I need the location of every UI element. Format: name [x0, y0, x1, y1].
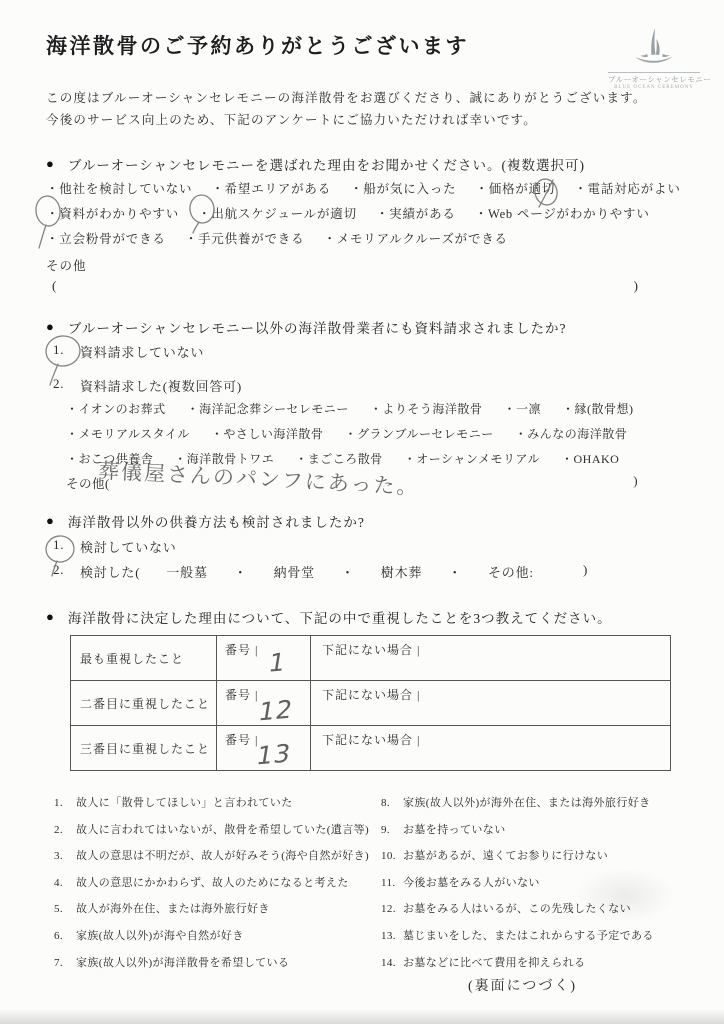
- q3-option-1-number: 1.: [53, 537, 80, 556]
- sailboat-logo-icon: [621, 54, 687, 71]
- table-row: 最も重視したこと 番号 | 1 下記にない場合 |: [71, 636, 670, 681]
- q2-option-1-number: 1.: [53, 342, 80, 361]
- q4-title: 海洋散骨に決定した理由について、下記の中で重視したことを3つ教えてください。: [68, 607, 612, 627]
- handwritten-priority-2: 12: [257, 697, 295, 725]
- not-listed-cell: 下記にない場合 |: [311, 681, 670, 725]
- reason-text: 家族(故人以外)が海や自然が好き: [76, 929, 244, 943]
- q1-option: ・メモリアルクルーズができる: [323, 229, 507, 247]
- row-label: 最も重視したこと: [71, 636, 217, 680]
- list-item: 5.故人が海外在住、または海外旅行好き: [54, 902, 369, 916]
- q3-close-paren: ): [583, 562, 587, 578]
- number-cell-label: 番号 |: [225, 733, 258, 747]
- list-item: 9.お墓を持っていない: [381, 823, 654, 837]
- list-item: 6.家族(故人以外)が海や自然が好き: [54, 929, 369, 943]
- company-option: ・まごころ散骨: [295, 450, 383, 467]
- q3-grave-option: 樹木葬: [381, 562, 422, 581]
- list-item: 10.お墓があるが、遠くてお参りに行けない: [381, 849, 654, 863]
- q1-options-row-2: ・資料がわかりやすい ・出航スケジュールが適切 ・実績がある ・Web ページが…: [46, 204, 669, 222]
- q1-title: ブルーオーシャンセレモニーを選ばれた理由をお聞かせください。(複数選択可): [68, 154, 585, 174]
- q2-companies-row-1: ・イオンのお葬式 ・海洋記念葬シーセレモニー ・よりそう海洋散骨 ・一凛 ・縁(…: [66, 400, 654, 417]
- q2-option-1-label: 資料請求していない: [80, 342, 204, 361]
- list-item: 3.故人の意思は不明だが、故人が好みそう(海や自然が好き): [54, 849, 369, 863]
- list-item: 14.お墓などに比べて費用を抑えられる: [381, 956, 654, 970]
- reasons-list-left: 1.故人に「散骨してほしい」と言われていた 2.故人に言われてはいないが、散骨を…: [54, 796, 369, 982]
- list-item: 8.家族(故人以外)が海外在住、または海外旅行好き: [381, 796, 654, 810]
- q2-option-1-circled: 1. 資料請求していない: [53, 342, 204, 361]
- reason-number: 7.: [54, 956, 76, 970]
- number-cell: 番号 | 13: [217, 726, 311, 770]
- q2-bullet-icon: ●: [46, 319, 55, 335]
- q1-option: ・Web ページがわかりやすい: [475, 204, 650, 222]
- company-option: ・よりそう海洋散骨: [370, 400, 483, 417]
- reason-number: 9.: [381, 823, 403, 837]
- reason-text: 家族(故人以外)が海洋散骨を希望している: [76, 956, 289, 970]
- handwritten-priority-1: 1: [267, 649, 288, 675]
- q3-title: 海洋散骨以外の供養方法も検討されましたか?: [68, 511, 365, 531]
- intro-line-1: この度はブルーオーシャンセレモニーの海洋散骨をお選びくださり、誠にありがとうござ…: [46, 88, 647, 110]
- handwritten-priority-3: 13: [255, 741, 293, 769]
- company-option: ・縁(散骨想): [562, 400, 634, 417]
- q1-option: ・立会粉骨ができる: [46, 229, 166, 247]
- list-item: 2.故人に言われてはいないが、散骨を希望していた(遺言等): [54, 823, 369, 837]
- q2-header: ● ブルーオーシャンセレモニー以外の海洋散骨業者にも資料請求されましたか?: [46, 317, 567, 337]
- reason-text: 故人の意思は不明だが、故人が好みそう(海や自然が好き): [76, 849, 369, 863]
- company-option: ・オーシャンメモリアル: [404, 450, 540, 467]
- company-option: ・OHAKO: [561, 450, 619, 467]
- q1-options-row-1: ・他社を検討していない ・希望エリアがある ・船が気に入った ・価格が適切 ・電…: [46, 179, 700, 197]
- q1-header: ● ブルーオーシャンセレモニーを選ばれた理由をお聞かせください。(複数選択可): [46, 154, 585, 174]
- company-option: ・メモリアルスタイル: [66, 425, 190, 442]
- company-option: ・やさしい海洋散骨: [211, 425, 324, 442]
- reason-number: 14.: [381, 956, 403, 970]
- list-item: 4.故人の意思にかかわらず、故人のためになると考えた: [54, 876, 369, 890]
- q3-header: ● 海洋散骨以外の供養方法も検討されましたか?: [46, 511, 365, 531]
- q1-option: ・価格が適切: [475, 179, 555, 197]
- number-cell-label: 番号 |: [225, 688, 258, 702]
- page-title: 海洋散骨のご予約ありがとうございます: [46, 30, 469, 60]
- reason-text: 墓じまいをした、またはこれからする予定である: [403, 929, 654, 943]
- q1-option-circled-phone: ・電話対応がよい: [574, 179, 680, 197]
- company-option: ・グランブルーセレモニー: [344, 425, 493, 442]
- company-logo: ブルーオーシャンセレモニー BLUE OCEAN CEREMONY: [608, 27, 700, 90]
- reason-number: 10.: [381, 849, 403, 863]
- q3-grave-option: その他:: [488, 562, 534, 581]
- q1-option: ・手元供養ができる: [185, 229, 305, 247]
- row-label: 二番目に重視したこと: [71, 681, 217, 725]
- reason-text: 故人に「散骨してほしい」と言われていた: [76, 796, 293, 810]
- q1-option: ・希望エリアがある: [211, 179, 331, 197]
- q3-separator-dot: ・: [341, 562, 355, 581]
- logo-brand-text: ブルーオーシャンセレモニー: [608, 72, 700, 85]
- q3-option-2-number: 2.: [53, 562, 80, 581]
- q3-grave-option: 納骨堂: [274, 562, 315, 581]
- reason-number: 4.: [54, 876, 76, 890]
- q1-close-paren: ): [634, 278, 638, 294]
- q1-option: ・他社を検討していない: [46, 179, 192, 197]
- company-option: ・イオンのお葬式: [66, 400, 166, 417]
- reason-text: 家族(故人以外)が海外在住、または海外旅行好き: [403, 796, 651, 810]
- not-listed-cell: 下記にない場合 |: [311, 636, 670, 680]
- reason-number: 11.: [381, 876, 403, 890]
- q1-other-blank: ( ): [52, 278, 638, 294]
- q2-title: ブルーオーシャンセレモニー以外の海洋散骨業者にも資料請求されましたか?: [68, 317, 567, 337]
- reason-number: 1.: [54, 796, 76, 810]
- table-row: 二番目に重視したこと 番号 | 12 下記にない場合 |: [71, 681, 670, 726]
- number-cell: 番号 | 12: [217, 681, 311, 725]
- q1-bullet-icon: ●: [46, 156, 55, 172]
- continue-on-back-note: (裏面につづく): [468, 975, 577, 995]
- q1-option: ・船が気に入った: [350, 179, 456, 197]
- reason-text: お墓などに比べて費用を抑えられる: [403, 956, 585, 970]
- q1-open-paren: (: [52, 278, 56, 294]
- company-option: ・みんなの海洋散骨: [515, 425, 628, 442]
- intro-line-2: 今後のサービス向上のため、下記のアンケートにご協力いただければ幸いです。: [46, 110, 647, 132]
- reason-text: お墓があるが、遠くてお参りに行けない: [403, 849, 608, 863]
- q3-grave-option: 一般墓: [166, 562, 207, 581]
- number-cell-label: 番号 |: [225, 643, 258, 657]
- scanned-survey-page: 海洋散骨のご予約ありがとうございます ブルーオーシャンセレモニー BLUE OC…: [0, 0, 724, 1024]
- q3-bullet-icon: ●: [46, 513, 55, 529]
- reason-text: お墓を持っていない: [403, 823, 506, 837]
- q2-option-2: 2. 資料請求した(複数回答可): [53, 376, 242, 395]
- reason-number: 12.: [381, 902, 403, 916]
- reason-text: 故人が海外在住、または海外旅行好き: [76, 902, 270, 916]
- reason-text: 今後お墓をみる人がいない: [403, 876, 540, 890]
- q3-option-2: 2. 検討した( 一般墓 ・ 納骨堂 ・ 樹木葬 ・ その他:: [53, 562, 534, 581]
- scan-shadow: [0, 1009, 724, 1024]
- list-item: 7.家族(故人以外)が海洋散骨を希望している: [54, 956, 369, 970]
- intro-paragraph: この度はブルーオーシャンセレモニーの海洋散骨をお選びくださり、誠にありがとうござ…: [46, 88, 647, 131]
- q2-companies-row-2: ・メモリアルスタイル ・やさしい海洋散骨 ・グランブルーセレモニー ・みんなの海…: [66, 425, 648, 442]
- company-option: ・一凛: [503, 400, 541, 417]
- q1-other-label: その他: [46, 256, 87, 274]
- reason-number: 2.: [54, 823, 76, 837]
- q1-options-row-3: ・立会粉骨ができる ・手元供養ができる ・メモリアルクルーズができる: [46, 229, 527, 247]
- reason-number: 13.: [381, 929, 403, 943]
- pencil-smudge: [575, 868, 675, 923]
- reason-text: 故人の意思にかかわらず、故人のためになると考えた: [76, 876, 349, 890]
- q3-option-2-label: 検討した(: [80, 562, 140, 581]
- q2-option-2-label: 資料請求した(複数回答可): [80, 376, 242, 395]
- q3-option-1-label: 検討していない: [80, 537, 177, 556]
- reason-text: 故人に言われてはいないが、散骨を希望していた(遺言等): [76, 823, 369, 837]
- priority-table: 最も重視したこと 番号 | 1 下記にない場合 | 二番目に重視したこと 番号 …: [70, 635, 671, 771]
- table-row: 三番目に重視したこと 番号 | 13 下記にない場合 |: [71, 726, 670, 770]
- reason-number: 3.: [54, 849, 76, 863]
- company-option: ・海洋記念葬シーセレモニー: [187, 400, 349, 417]
- q1-option-circled-materials: ・資料がわかりやすい: [46, 204, 179, 222]
- q3-separator-dot: ・: [448, 562, 462, 581]
- reason-number: 8.: [381, 796, 403, 810]
- q4-bullet-icon: ●: [46, 609, 55, 625]
- row-label: 三番目に重視したこと: [71, 726, 217, 770]
- not-listed-cell: 下記にない場合 |: [311, 726, 670, 770]
- q4-header: ● 海洋散骨に決定した理由について、下記の中で重視したことを3つ教えてください。: [46, 607, 612, 627]
- q1-option-circled-schedule: ・出航スケジュールが適切: [198, 204, 357, 222]
- q3-separator-dot: ・: [234, 562, 248, 581]
- reason-number: 6.: [54, 929, 76, 943]
- list-item: 13.墓じまいをした、またはこれからする予定である: [381, 929, 654, 943]
- q1-option: ・実績がある: [376, 204, 456, 222]
- q2-option-2-number: 2.: [53, 376, 80, 395]
- q2-other-close-paren: ): [633, 474, 638, 492]
- list-item: 1.故人に「散骨してほしい」と言われていた: [54, 796, 369, 810]
- q3-option-1-circled: 1. 検討していない: [53, 537, 177, 556]
- number-cell: 番号 | 1: [217, 636, 311, 680]
- reason-number: 5.: [54, 902, 76, 916]
